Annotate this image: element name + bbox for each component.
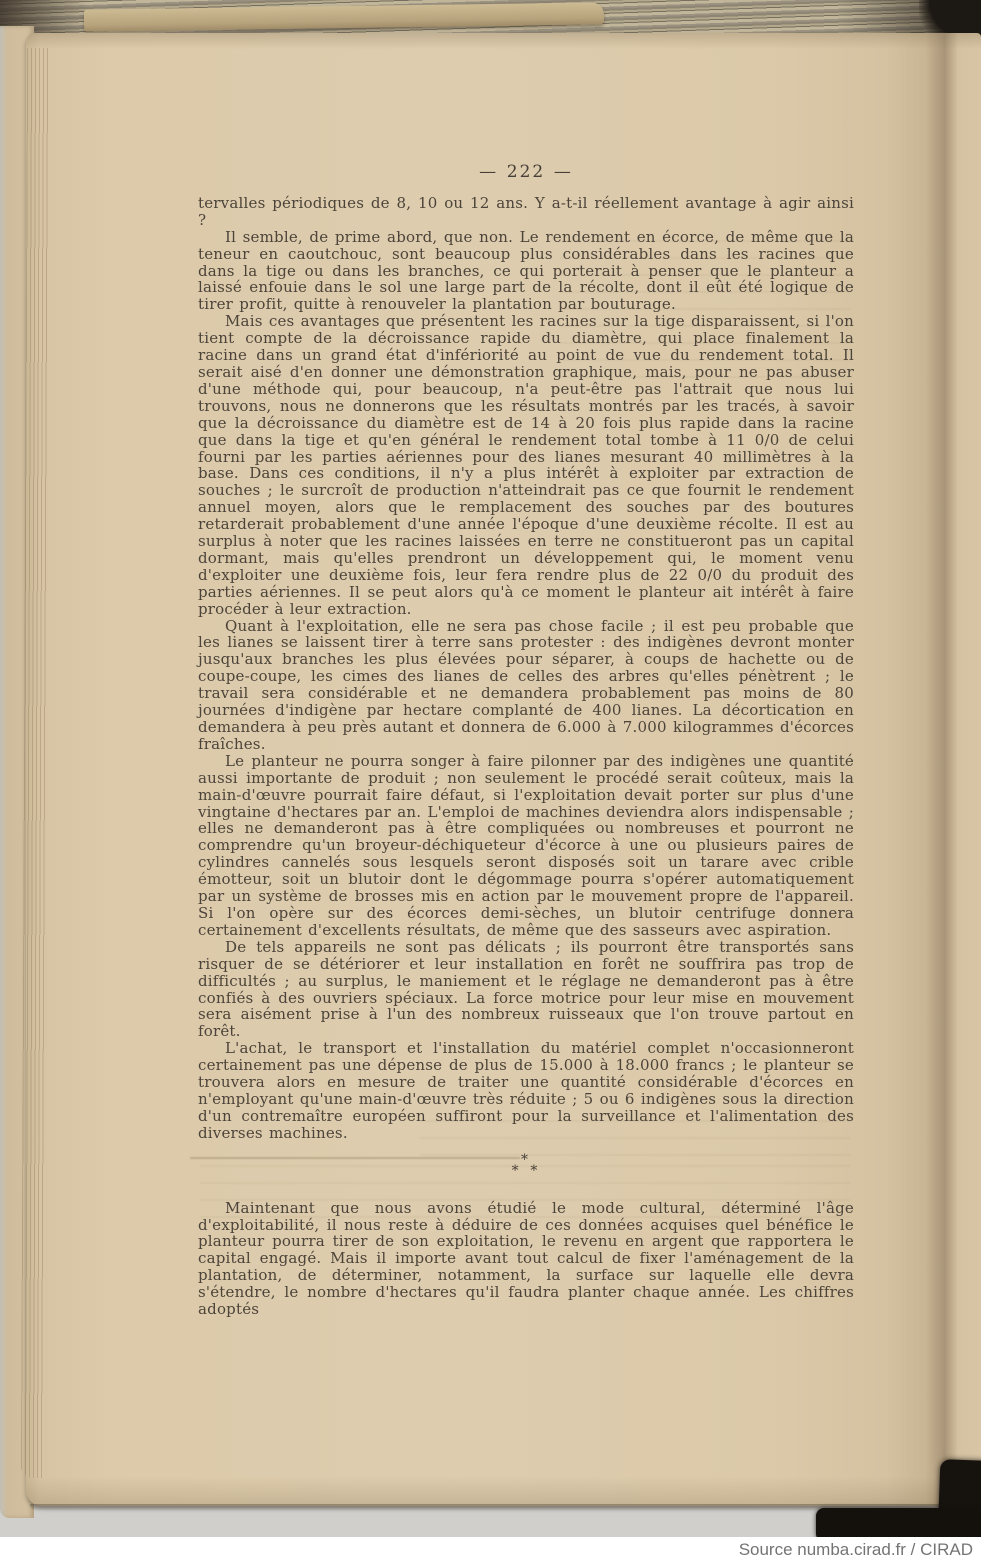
divider-asterisk-bottom: * * (198, 1166, 854, 1177)
page-text: — 222 — tervalles périodiques de 8, 10 o… (198, 164, 854, 1318)
paragraph: Maintenant que nous avons étudié le mode… (198, 1200, 854, 1318)
paragraph: L'achat, le transport et l'installation … (198, 1040, 854, 1141)
paragraph: tervalles périodiques de 8, 10 ou 12 ans… (198, 195, 854, 229)
page-bottom-shadow (30, 1504, 941, 1511)
section-divider: * * * (198, 1155, 854, 1177)
paragraph: Mais ces avantages que présentent les ra… (198, 313, 854, 617)
footer-band: Source numba.cirad.fr / CIRAD (0, 1537, 981, 1566)
paragraph: De tels appareils ne sont pas délicats ;… (198, 939, 854, 1040)
paragraph: Le planteur ne pourra songer à faire pil… (198, 753, 854, 939)
page-number: — 222 — (198, 164, 854, 181)
source-attribution: Source numba.cirad.fr / CIRAD (739, 1540, 973, 1560)
scanned-book-photo: — 222 — tervalles périodiques de 8, 10 o… (0, 0, 981, 1566)
book-cover-bottom-edge (816, 1508, 981, 1540)
paragraph: Il semble, de prime abord, que non. Le r… (198, 229, 854, 314)
paragraph: Quant à l'exploitation, elle ne sera pas… (198, 618, 854, 753)
